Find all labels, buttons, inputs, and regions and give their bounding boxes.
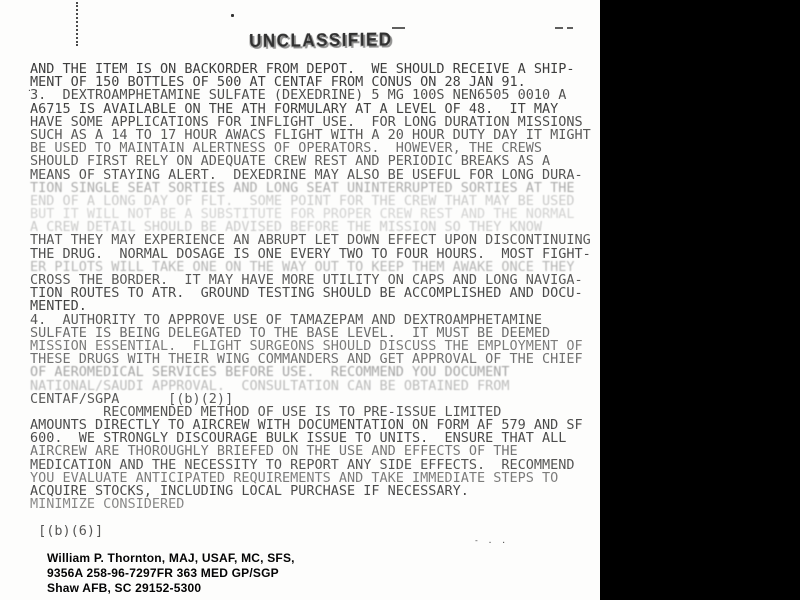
scan-artifact: [231, 14, 234, 17]
scan-artifact: [567, 27, 573, 29]
scan-artifact: [392, 27, 405, 29]
scan-artifact: ..: [27, 84, 41, 93]
scanned-document-screen: UNCLASSIFIED AND THE ITEM IS ON BACKORDE…: [0, 0, 800, 600]
document-page: UNCLASSIFIED AND THE ITEM IS ON BACKORDE…: [0, 0, 600, 600]
scan-black-band: [600, 0, 800, 600]
document-line: MINIMIZE CONSIDERED: [30, 498, 591, 511]
document-line: TION ROUTES TO ATR. GROUND TESTING SHOUL…: [30, 287, 591, 300]
scan-artifact: [555, 27, 563, 29]
scan-artifact: - . .: [474, 536, 508, 545]
signature-address: Shaw AFB, SC 29152-5300: [47, 581, 295, 596]
signature-name: William P. Thornton, MAJ, USAF, MC, SFS,: [47, 551, 295, 566]
scan-artifact: [76, 2, 78, 46]
classification-stamp: UNCLASSIFIED: [249, 29, 393, 52]
document-line: [30, 511, 591, 524]
signature-block: William P. Thornton, MAJ, USAF, MC, SFS,…: [47, 551, 295, 596]
signature-id-line: 9356A 258-96-7297FR 363 MED GP/SGP: [47, 566, 295, 581]
document-body-text: AND THE ITEM IS ON BACKORDER FROM DEPOT.…: [30, 63, 591, 538]
